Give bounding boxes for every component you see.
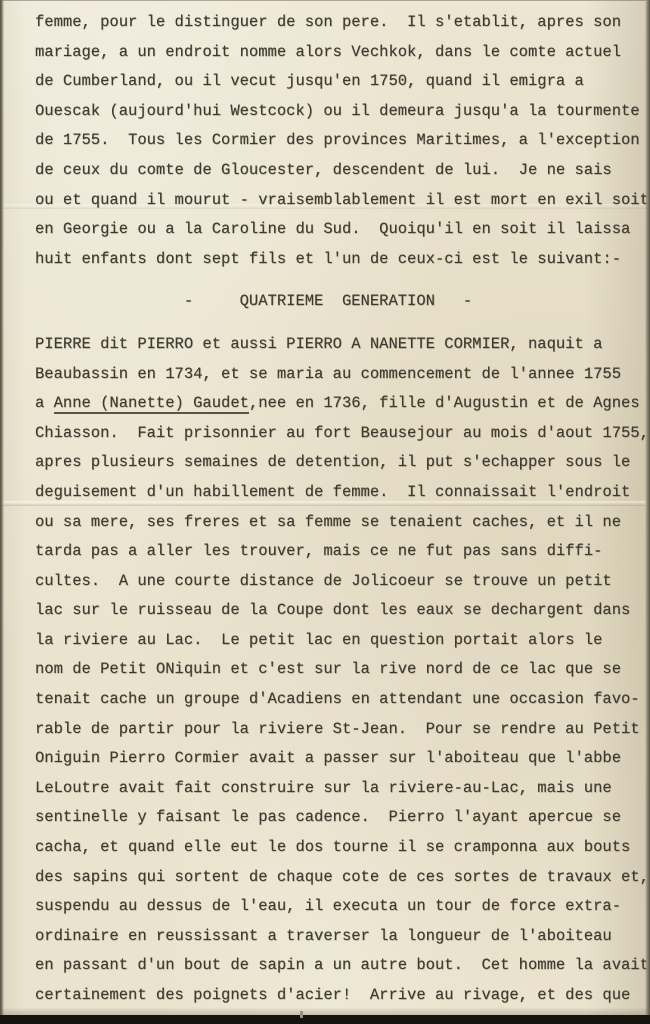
text-line: la riviere au Lac. Le petit lac en quest… xyxy=(35,631,635,661)
text-line: ou et quand il mourut - vraisemblablemen… xyxy=(35,191,635,221)
page-edge-left xyxy=(0,0,4,1024)
text-line: mariage, a un endroit nomme alors Vechko… xyxy=(35,43,635,73)
page-edge-top xyxy=(0,0,650,1)
typewritten-page: femme, pour le distinguer de son pere. I… xyxy=(0,0,650,1024)
text-line: des sapins qui sortent de chaque cote de… xyxy=(35,868,635,898)
text-line: sentinelle y faisant le pas cadence. Pie… xyxy=(35,808,635,838)
text-line: tenait cache un groupe d'Acadiens en att… xyxy=(35,690,635,720)
text-line: cultes. A une courte distance de Jolicoe… xyxy=(35,572,635,602)
text-line: apres plusieurs semaines de detention, i… xyxy=(35,453,635,483)
text-line: certainement des poignets d'acier! Arriv… xyxy=(35,986,635,1016)
text-line: deguisement d'un habillement de femme. I… xyxy=(35,483,635,513)
text-line: femme, pour le distinguer de son pere. I… xyxy=(35,13,635,43)
text-segment: a xyxy=(35,394,54,412)
text-line: LeLoutre avait fait construire sur la ri… xyxy=(35,779,635,809)
underlined-text: Anne (Nanette) Gaudet xyxy=(54,394,249,414)
text-line: de ceux du comte de Gloucester, descende… xyxy=(35,161,635,191)
text-line: Oniguin Pierro Cormier avait a passer su… xyxy=(35,749,635,779)
text-line: a Anne (Nanette) Gaudet,nee en 1736, fil… xyxy=(35,394,635,424)
text-segment: ,nee en 1736, fille d'Augustin et de Agn… xyxy=(249,394,640,412)
text-line: suspendu au dessus de l'eau, il executa … xyxy=(35,897,635,927)
text-line: ou sa mere, ses freres et sa femme se te… xyxy=(35,513,635,543)
page-edge-bottom xyxy=(0,1015,650,1024)
text-line: PIERRE dit PIERRO et aussi PIERRO A NANE… xyxy=(35,335,635,365)
text-line: rable de partir pour la riviere St-Jean.… xyxy=(35,720,635,750)
text-line: tarda pas a aller les trouver, mais ce n… xyxy=(35,542,635,572)
text-line: en Georgie ou a la Caroline du Sud. Quoi… xyxy=(35,220,635,250)
page-edge-notch xyxy=(300,1011,303,1018)
section-heading: - QUATRIEME GENERATION - xyxy=(35,292,635,322)
text-line: en passant d'un bout de sapin a un autre… xyxy=(35,956,635,986)
text-line: de Cumberland, ou il vecut jusqu'en 1750… xyxy=(35,72,635,102)
document-body: femme, pour le distinguer de son pere. I… xyxy=(35,13,635,1016)
text-line: ordinaire en reussissant a traverser la … xyxy=(35,927,635,957)
text-line: de 1755. Tous les Cormier des provinces … xyxy=(35,131,635,161)
text-line: nom de Petit ONiquin et c'est sur la riv… xyxy=(35,660,635,690)
text-line: cacha, et quand elle eut le dos tourne i… xyxy=(35,838,635,868)
text-line: Ouescak (aujourd'hui Westcock) ou il dem… xyxy=(35,102,635,132)
text-line: Beaubassin en 1734, et se maria au comme… xyxy=(35,365,635,395)
text-line: Chiasson. Fait prisonnier au fort Beause… xyxy=(35,424,635,454)
text-line: lac sur le ruisseau de la Coupe dont les… xyxy=(35,601,635,631)
text-line: huit enfants dont sept fils et l'un de c… xyxy=(35,250,635,280)
